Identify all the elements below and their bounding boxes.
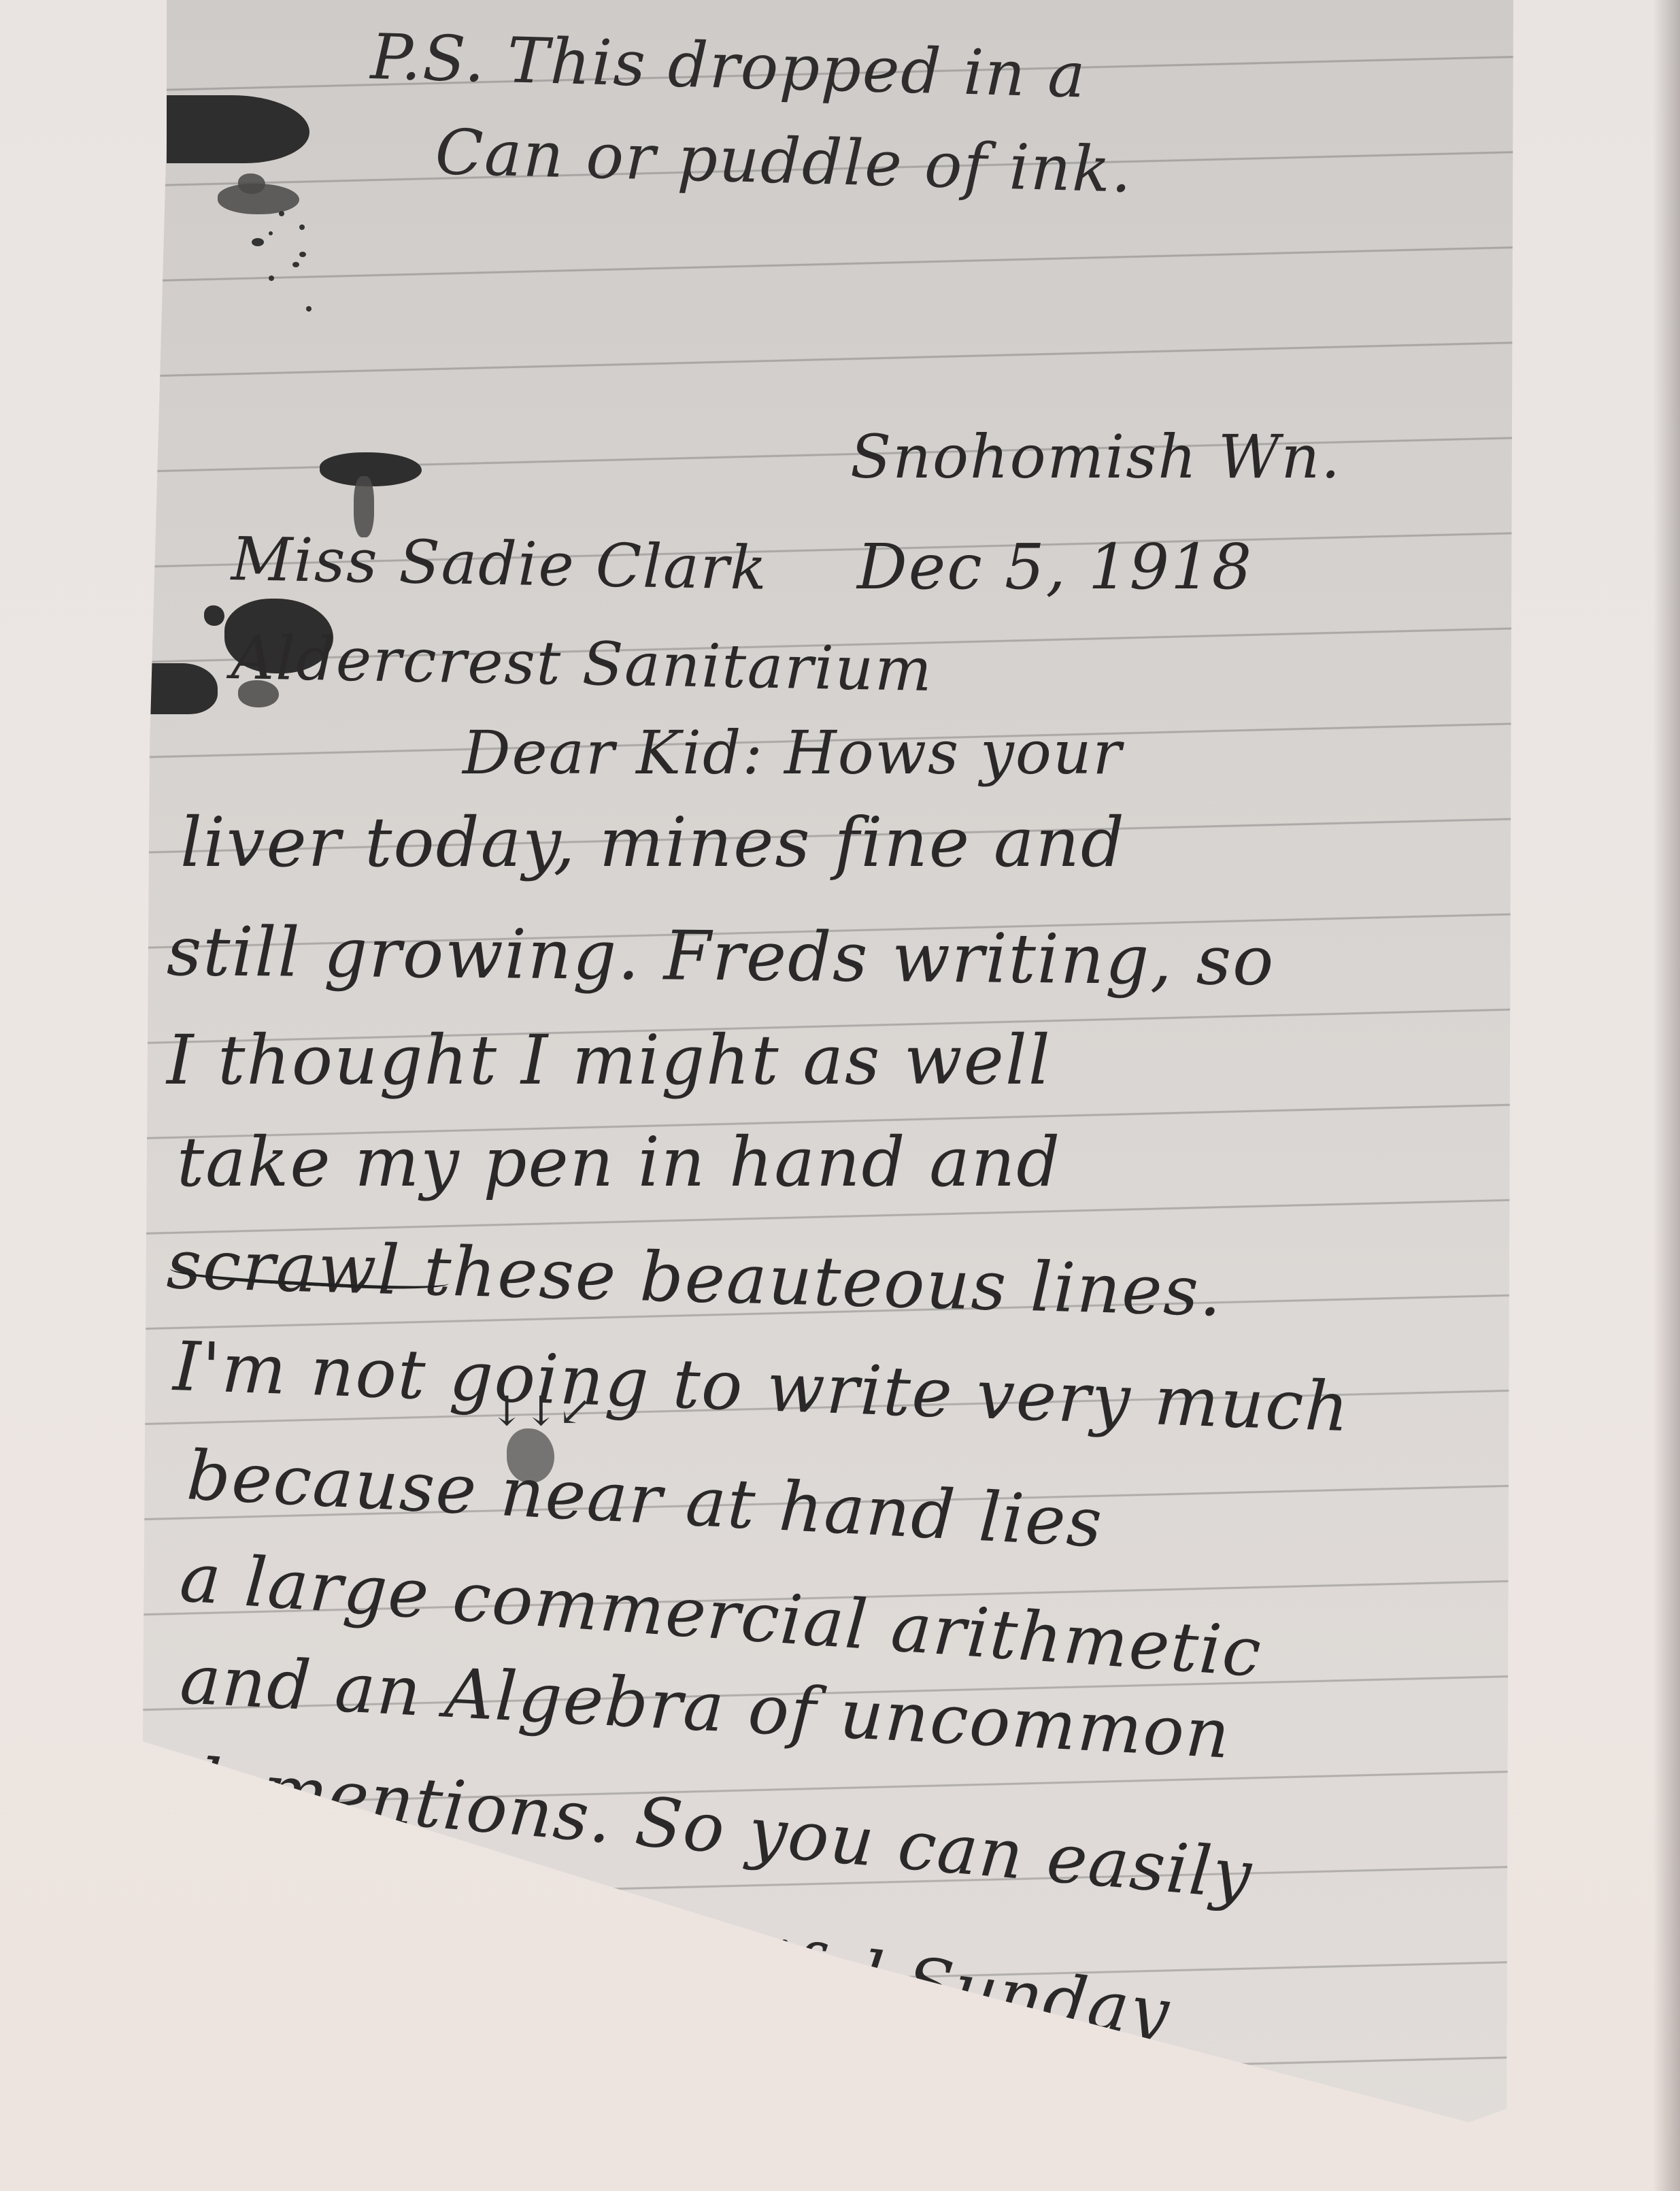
recipient-address: Aldercrest Sanitarium [231, 622, 933, 705]
ink-dot [299, 224, 305, 230]
ink-drop-arrows: ↓↓↙ [490, 1388, 592, 1435]
body-line: take my pen in hand and [177, 1122, 1061, 1202]
postscript-line-1: P.S. This dropped in a [370, 20, 1088, 112]
page-edge-shadow [1653, 0, 1680, 2191]
photocopied-letter: P.S. This dropped in a Can or puddle of … [0, 0, 1680, 2191]
body-line: dementions. So you can easily [173, 1741, 1256, 1915]
ink-dot [269, 275, 274, 281]
ink-splatter [238, 173, 265, 194]
body-line: Dear Kid: Hows your [463, 718, 1123, 788]
ink-dot [279, 211, 284, 216]
ink-blot [167, 95, 309, 163]
postscript-line-2: Can or puddle of ink. [435, 116, 1134, 207]
recipient-name: Miss Sadie Clark [231, 524, 769, 603]
ink-dot [269, 231, 273, 235]
body-line: still growing. Freds writing, so [166, 911, 1275, 1001]
body-line: I thought I might as well [167, 1020, 1052, 1100]
ink-dot [252, 238, 264, 246]
ink-blot [204, 605, 224, 626]
ink-dot [299, 252, 306, 257]
letter-place: Snohomish Wn. [850, 422, 1341, 492]
body-line: liver today, mines fine and [180, 803, 1126, 882]
body-line: because near at hand lies [185, 1435, 1105, 1562]
body-line: I'm not going to write very much [172, 1326, 1351, 1447]
letter-date: Dec 5, 1918 [857, 531, 1253, 603]
ink-dot [292, 262, 299, 267]
ink-blot [146, 663, 218, 714]
ink-dot [306, 306, 312, 312]
